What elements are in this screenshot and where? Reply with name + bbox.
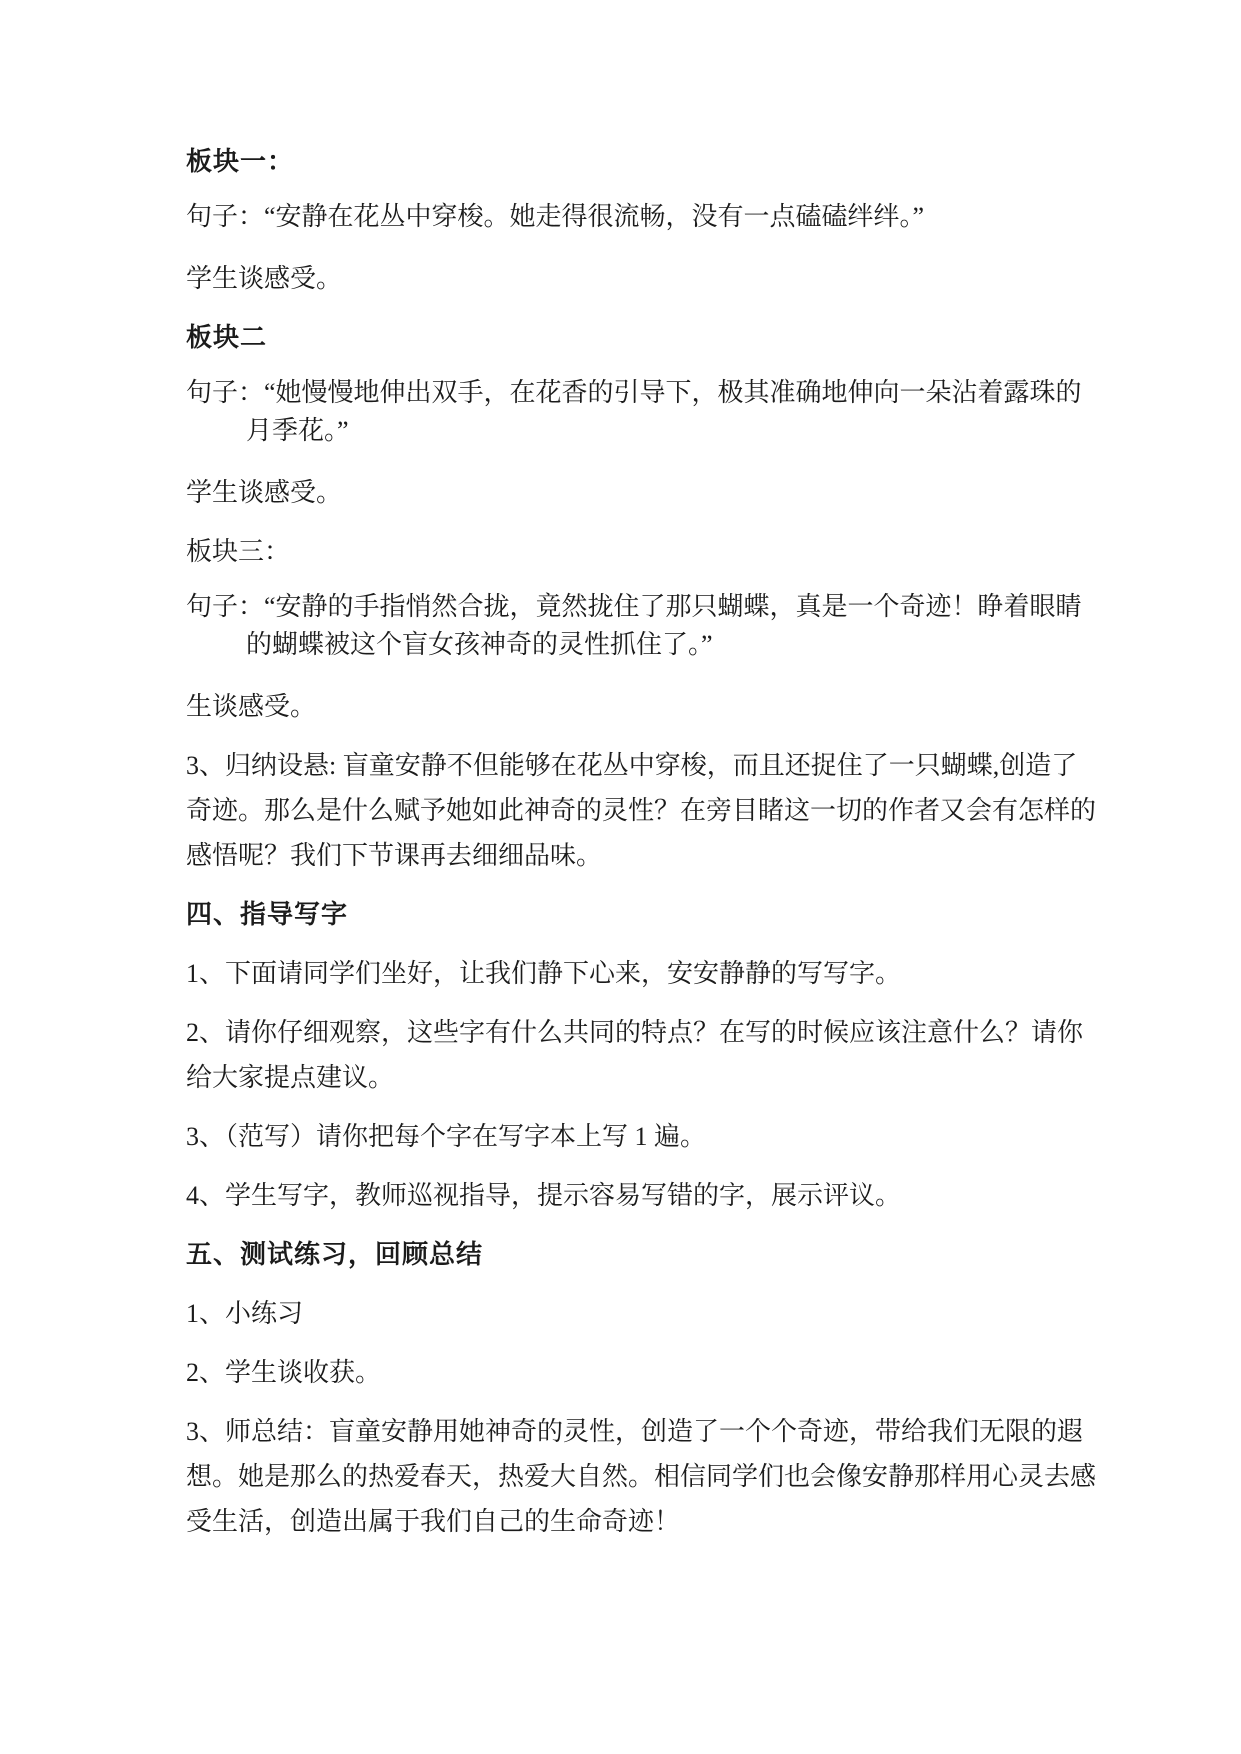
section-heading-writing-guide: 四、指导写字 <box>186 892 1101 937</box>
text-line: 学生谈感受。 <box>186 256 1101 301</box>
section-heading-block1: 板块一： <box>186 139 1101 184</box>
text-line: 板块二 <box>186 315 1101 360</box>
document-page: 板块一： 句子：“安静在花丛中穿梭。她走得很流畅，没有一点磕磕绊绊。” 学生谈感… <box>0 0 1241 1754</box>
paragraph-writing-step-4: 4、学生写字，教师巡视指导，提示容易写错的字，展示评议。 <box>186 1173 1101 1218</box>
text-line: 3、（范写）请你把每个字在写字本上写 1 遍。 <box>186 1114 1101 1159</box>
text-line: 学生谈感受。 <box>186 470 1101 515</box>
quote-paragraph-block1: 句子：“安静在花丛中穿梭。她走得很流畅，没有一点磕磕绊绊。” <box>186 198 1101 236</box>
text-line: 奇迹。那么是什么赋予她如此神奇的灵性？在旁目睹这一切的作者又会有怎样的 <box>186 788 1101 833</box>
text-line: 给大家提点建议。 <box>186 1055 1101 1100</box>
text-line: 1、小练习 <box>186 1291 1101 1336</box>
text-line: 句子：“安静在花丛中穿梭。她走得很流畅，没有一点磕磕绊绊。” <box>186 198 1101 236</box>
text-line: 月季花。” <box>186 412 1101 450</box>
quote-paragraph-block2: 句子：“她慢慢地伸出双手，在花香的引导下，极其准确地伸向一朵沾着露珠的 月季花。… <box>186 374 1101 450</box>
quote-paragraph-block3: 句子：“安静的手指悄然合拢，竟然拢住了那只蝴蝶，真是一个奇迹！睁着眼睛 的蝴蝶被… <box>186 588 1101 664</box>
text-line: 1、下面请同学们坐好，让我们静下心来，安安静静的写写字。 <box>186 951 1101 996</box>
text-line: 生谈感受。 <box>186 684 1101 729</box>
text-line: 想。她是那么的热爱春天，热爱大自然。相信同学们也会像安静那样用心灵去感 <box>186 1454 1101 1499</box>
text-line: 感悟呢？我们下节课再去细细品味。 <box>186 833 1101 878</box>
text-line: 2、学生谈收获。 <box>186 1350 1101 1395</box>
text-line: 句子：“她慢慢地伸出双手，在花香的引导下，极其准确地伸向一朵沾着露珠的 <box>186 374 1101 412</box>
text-line: 3、归纳设悬: 盲童安静不但能够在花丛中穿梭，而且还捉住了一只蝴蝶,创造了 <box>186 743 1101 788</box>
text-line: 3、师总结：盲童安静用她神奇的灵性，创造了一个个奇迹，带给我们无限的遐 <box>186 1409 1101 1454</box>
paragraph-review-step-2: 2、学生谈收获。 <box>186 1350 1101 1395</box>
paragraph-summary-suspense: 3、归纳设悬: 盲童安静不但能够在花丛中穿梭，而且还捉住了一只蝴蝶,创造了 奇迹… <box>186 743 1101 878</box>
text-line: 板块三： <box>186 529 1101 574</box>
paragraph-writing-step-3: 3、（范写）请你把每个字在写字本上写 1 遍。 <box>186 1114 1101 1159</box>
paragraph-student-feedback-3: 生谈感受。 <box>186 684 1101 729</box>
text-line: 的蝴蝶被这个盲女孩神奇的灵性抓住了。” <box>186 626 1101 664</box>
text-line: 句子：“安静的手指悄然合拢，竟然拢住了那只蝴蝶，真是一个奇迹！睁着眼睛 <box>186 588 1101 626</box>
section-heading-block2: 板块二 <box>186 315 1101 360</box>
section-label-block3: 板块三： <box>186 529 1101 574</box>
text-line: 板块一： <box>186 139 1101 184</box>
text-line: 2、请你仔细观察，这些字有什么共同的特点？在写的时候应该注意什么？请你 <box>186 1010 1101 1055</box>
text-line: 五、测试练习，回顾总结 <box>186 1232 1101 1277</box>
text-line: 4、学生写字，教师巡视指导，提示容易写错的字，展示评议。 <box>186 1173 1101 1218</box>
section-heading-test-review: 五、测试练习，回顾总结 <box>186 1232 1101 1277</box>
paragraph-teacher-summary: 3、师总结：盲童安静用她神奇的灵性，创造了一个个奇迹，带给我们无限的遐 想。她是… <box>186 1409 1101 1544</box>
text-line: 受生活，创造出属于我们自己的生命奇迹！ <box>186 1499 1101 1544</box>
document-content: 板块一： 句子：“安静在花丛中穿梭。她走得很流畅，没有一点磕磕绊绊。” 学生谈感… <box>186 139 1101 1558</box>
paragraph-writing-step-2: 2、请你仔细观察，这些字有什么共同的特点？在写的时候应该注意什么？请你 给大家提… <box>186 1010 1101 1100</box>
paragraph-writing-step-1: 1、下面请同学们坐好，让我们静下心来，安安静静的写写字。 <box>186 951 1101 996</box>
paragraph-review-step-1: 1、小练习 <box>186 1291 1101 1336</box>
paragraph-student-feedback-1: 学生谈感受。 <box>186 256 1101 301</box>
text-line: 四、指导写字 <box>186 892 1101 937</box>
paragraph-student-feedback-2: 学生谈感受。 <box>186 470 1101 515</box>
